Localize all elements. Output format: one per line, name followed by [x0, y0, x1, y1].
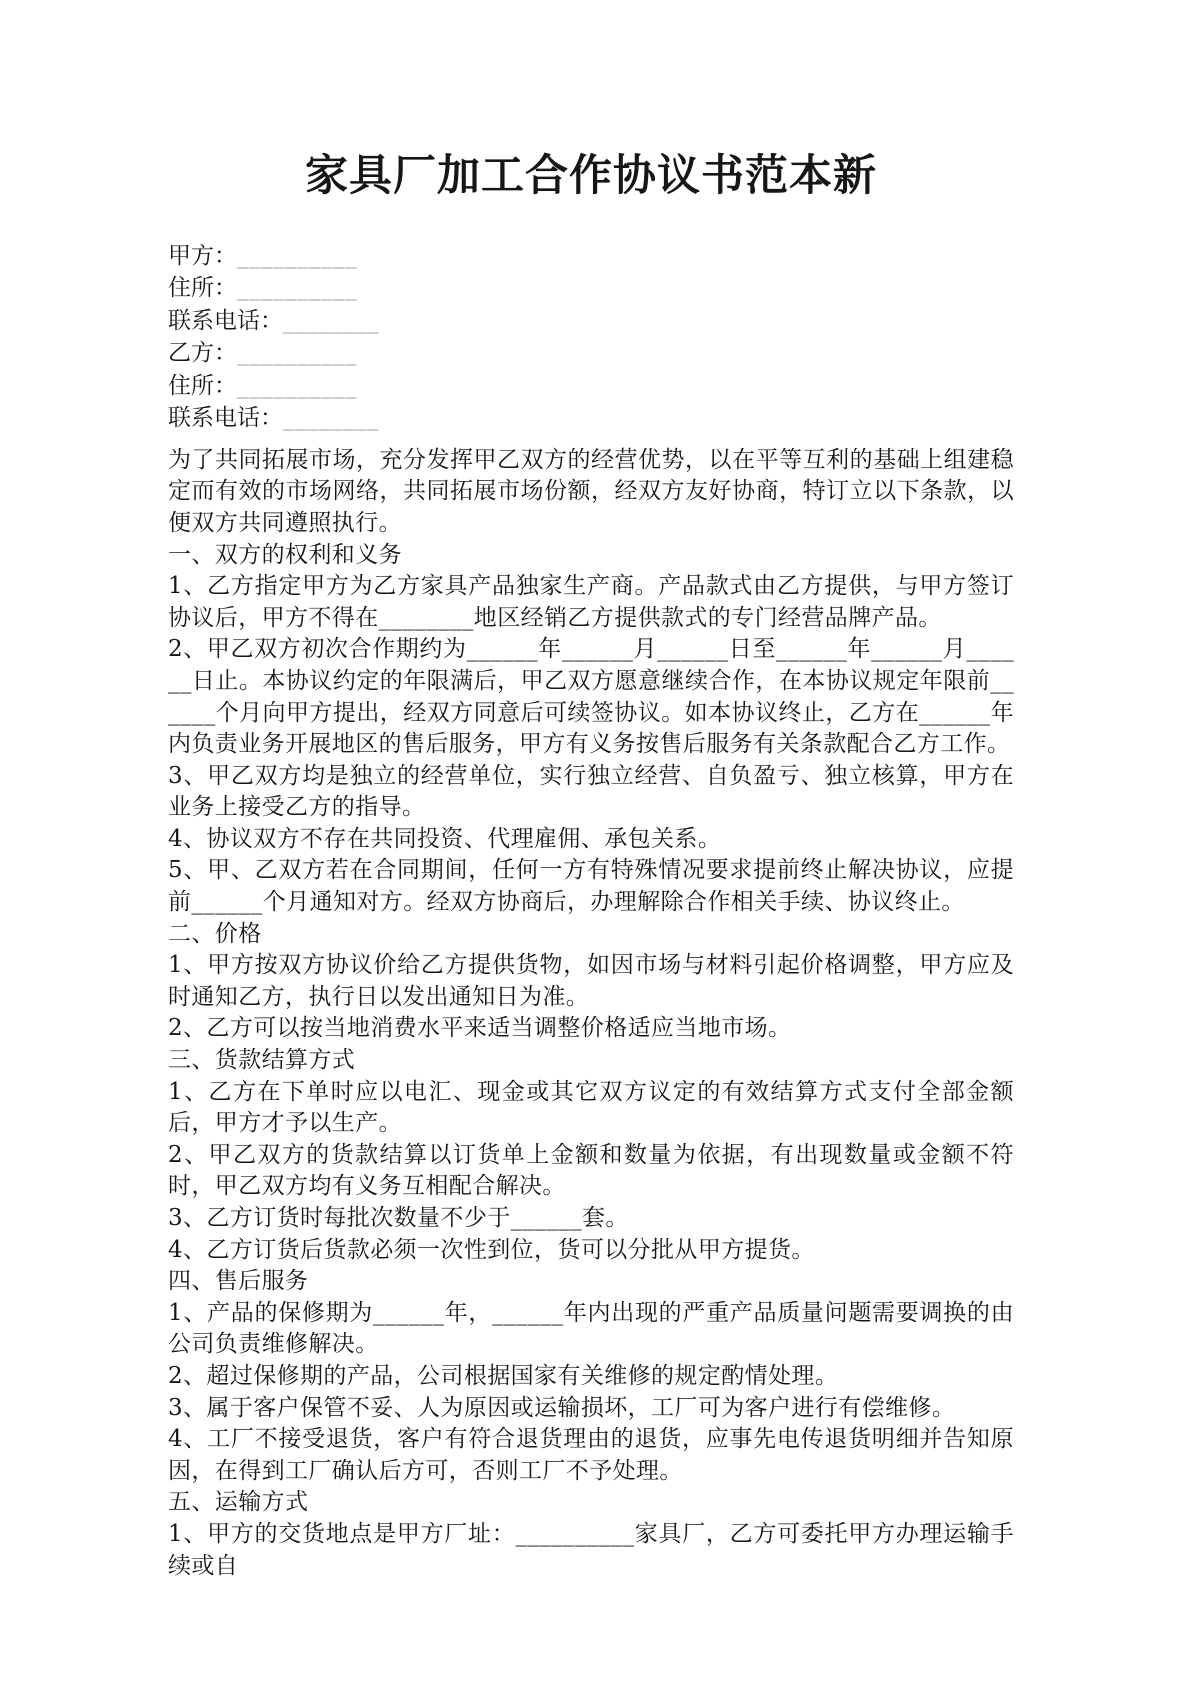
clause-paragraph: 3、乙方订货时每批次数量不少于______套。	[168, 1203, 1014, 1235]
party-field-blank: __________	[237, 275, 357, 301]
party-field-blank: __________	[237, 243, 357, 269]
section-heading-2: 二、价格	[168, 919, 1014, 951]
clause-paragraph: 1、产品的保修期为______年，______年内出现的严重产品质量问题需要调换…	[168, 1298, 1014, 1361]
clause-paragraph: 4、协议双方不存在共同投资、代理雇佣、承包关系。	[168, 824, 1014, 856]
clause-paragraph: 1、甲方按双方协议价给乙方提供货物，如因市场与材料引起价格调整，甲方应及时通知乙…	[168, 950, 1014, 1013]
party-field-jiafang: 甲方：__________	[168, 240, 1014, 273]
party-field-blank: __________	[237, 340, 357, 366]
party-field-jiafang-address: 住所：__________	[168, 272, 1014, 305]
party-field-label: 乙方：	[168, 340, 237, 366]
document-page: 家具厂加工合作协议书范本新 甲方：__________ 住所：_________…	[0, 0, 1190, 1683]
clause-paragraph: 5、甲、乙双方若在合同期间，任何一方有特殊情况要求提前终止解决协议，应提前___…	[168, 855, 1014, 918]
party-field-blank: __________	[237, 373, 357, 399]
clause-paragraph: 1、乙方在下单时应以电汇、现金或其它双方议定的有效结算方式支付全部金额后，甲方才…	[168, 1077, 1014, 1140]
clause-paragraph: 4、工厂不接受退货，客户有符合退货理由的退货，应事先电传退货明细并告知原因，在得…	[168, 1424, 1014, 1487]
party-field-label: 联系电话：	[168, 308, 283, 334]
party-field-blank: ________	[283, 308, 379, 334]
section-heading-1: 一、双方的权利和义务	[168, 540, 1014, 572]
party-field-yifang-phone: 联系电话：________	[168, 402, 1014, 435]
intro-paragraph: 为了共同拓展市场，充分发挥甲乙双方的经营优势，以在平等互利的基础上组建稳定而有效…	[168, 445, 1014, 540]
clause-paragraph: 2、超过保修期的产品，公司根据国家有关维修的规定酌情处理。	[168, 1361, 1014, 1393]
clause-paragraph: 2、甲乙双方的货款结算以订货单上金额和数量为依据，有出现数量或金额不符时，甲乙双…	[168, 1140, 1014, 1203]
clause-paragraph-truncated: 1、甲方的交货地点是甲方厂址：__________家具厂，乙方可委托甲方办理运输…	[168, 1519, 1014, 1582]
party-field-yifang: 乙方：__________	[168, 337, 1014, 370]
clause-paragraph: 1、乙方指定甲方为乙方家具产品独家生产商。产品款式由乙方提供，与甲方签订协议后，…	[168, 571, 1014, 634]
party-field-jiafang-phone: 联系电话：________	[168, 305, 1014, 338]
party-fields-block: 甲方：__________ 住所：__________ 联系电话：_______…	[168, 240, 1014, 435]
party-field-label: 甲方：	[168, 243, 237, 269]
clause-paragraph: 2、甲乙双方初次合作期约为______年______月______日至_____…	[168, 634, 1014, 760]
party-field-label: 联系电话：	[168, 405, 283, 431]
document-body: 为了共同拓展市场，充分发挥甲乙双方的经营优势，以在平等互利的基础上组建稳定而有效…	[168, 445, 1014, 1582]
clause-paragraph: 2、乙方可以按当地消费水平来适当调整价格适应当地市场。	[168, 1013, 1014, 1045]
section-heading-5: 五、运输方式	[168, 1487, 1014, 1519]
clause-paragraph: 3、甲乙双方均是独立的经营单位，实行独立经营、自负盈亏、独立核算，甲方在业务上接…	[168, 761, 1014, 824]
document-title: 家具厂加工合作协议书范本新	[168, 150, 1014, 204]
party-field-yifang-address: 住所：__________	[168, 370, 1014, 403]
party-field-label: 住所：	[168, 275, 237, 301]
clause-paragraph: 3、属于客户保管不妥、人为原因或运输损坏，工厂可为客户进行有偿维修。	[168, 1393, 1014, 1425]
section-heading-3: 三、货款结算方式	[168, 1045, 1014, 1077]
party-field-label: 住所：	[168, 373, 237, 399]
clause-paragraph: 4、乙方订货后货款必须一次性到位，货可以分批从甲方提货。	[168, 1235, 1014, 1267]
party-field-blank: ________	[283, 405, 379, 431]
section-heading-4: 四、售后服务	[168, 1266, 1014, 1298]
